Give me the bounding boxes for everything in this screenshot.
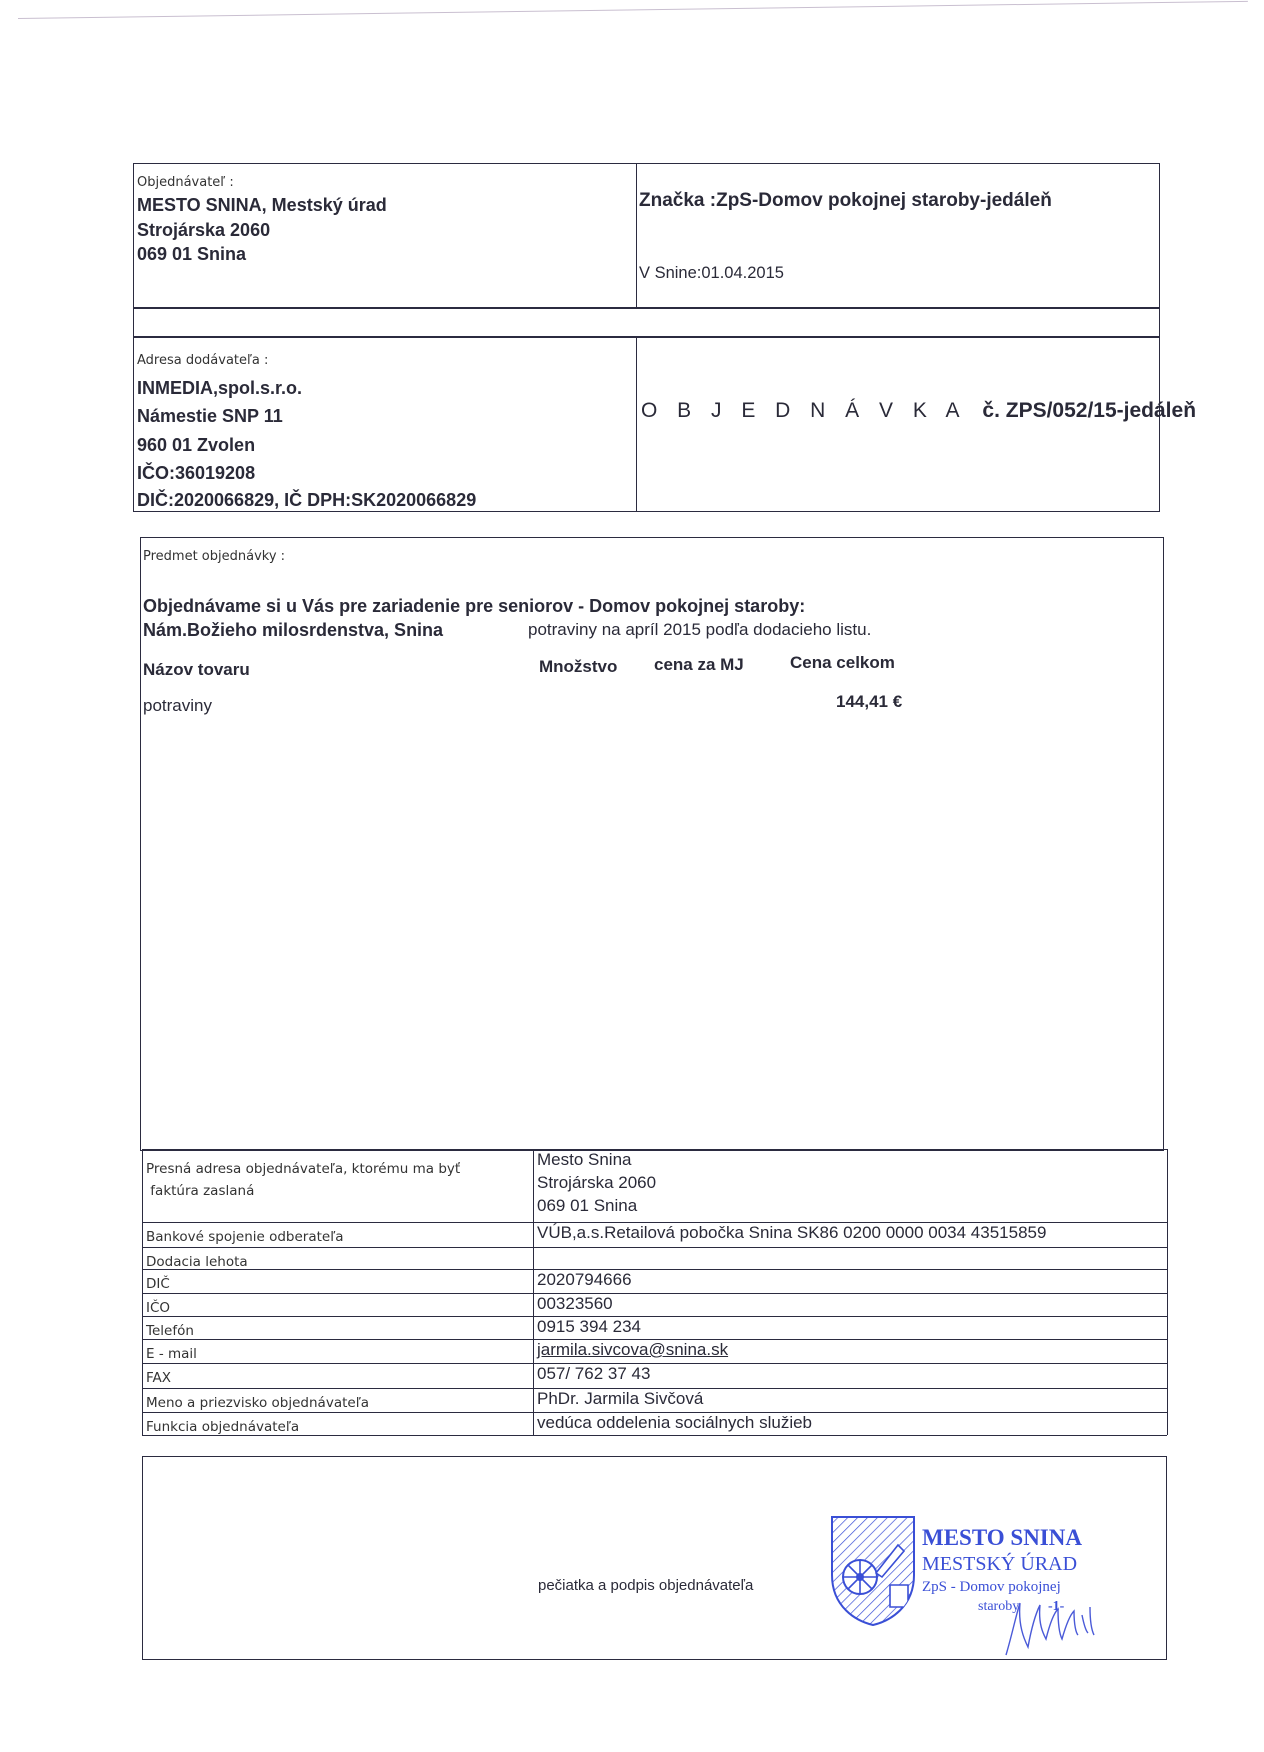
details-row-value: 2020794666 (537, 1270, 632, 1290)
details-column-divider (533, 1149, 534, 1435)
supplier-ico: IČO:36019208 (137, 463, 255, 484)
subject-line1: Objednávame si u Vás pre zariadenie pre … (143, 596, 805, 617)
item-name: potraviny (143, 696, 212, 716)
details-row-label: Meno a priezvisko objednávateľa (146, 1392, 369, 1414)
supplier-label: Adresa dodávateľa : (137, 353, 268, 368)
supplier-city: 960 01 Zvolen (137, 435, 255, 456)
details-row-label: Bankové spojenie odberateľa (146, 1226, 344, 1248)
details-row-value: PhDr. Jarmila Sivčová (537, 1389, 703, 1409)
stamp-line1: MESTO SNINA (922, 1525, 1082, 1551)
supplier-divider (636, 336, 637, 512)
details-row: Telefón0915 394 234 (142, 1316, 1167, 1339)
supplier-dic: DIČ:2020066829, IČ DPH:SK2020066829 (137, 490, 476, 511)
details-row-label: FAX (146, 1367, 171, 1389)
details-row-value: 057/ 762 37 43 (537, 1364, 650, 1384)
blank-band (133, 307, 1160, 338)
column-header-total: Cena celkom (790, 653, 895, 673)
header-divider (636, 163, 637, 309)
details-row: Funkcia objednávateľavedúca oddelenia so… (142, 1412, 1167, 1435)
orderer-label: Objednávateľ : (137, 175, 234, 190)
column-header-quantity: Množstvo (539, 657, 617, 677)
details-row: Bankové spojenie odberateľaVÚB,a.s.Retai… (142, 1222, 1167, 1247)
email-link[interactable]: jarmila.sivcova@snina.sk (537, 1340, 728, 1360)
orderer-box (133, 163, 1160, 309)
orderer-name: MESTO SNINA, Mestský úrad (137, 195, 387, 216)
official-stamp: MESTO SNINA MESTSKÝ ÚRAD ZpS - Domov pok… (830, 1515, 1120, 1655)
scan-artifact-line (18, 1, 1248, 19)
details-row: Meno a priezvisko objednávateľaPhDr. Jar… (142, 1388, 1167, 1412)
details-row-value: Mesto Snina (537, 1150, 632, 1170)
details-left-border (142, 1149, 143, 1435)
details-row-value: VÚB,a.s.Retailová pobočka Snina SK86 020… (537, 1223, 1046, 1243)
item-total: 144,41 € (836, 692, 902, 712)
order-number: č. ZPS/052/15-jedáleň (982, 399, 1196, 422)
coat-of-arms-icon (830, 1515, 916, 1627)
details-row-value: 069 01 Snina (537, 1196, 637, 1216)
details-row: FAX057/ 762 37 43 (142, 1363, 1167, 1388)
details-row-value: 00323560 (537, 1294, 613, 1314)
details-row-label: DIČ (146, 1273, 170, 1295)
supplier-box (133, 336, 1160, 512)
supplier-street: Námestie SNP 11 (137, 406, 283, 427)
order-title: O B J E D N Á V K A č. ZPS/052/15-jedále… (641, 399, 1196, 423)
details-row-label: Presná adresa objednávateľa, ktorému ma … (146, 1158, 460, 1202)
order-title-text: O B J E D N Á V K A (641, 399, 967, 422)
details-right-border (1167, 1149, 1168, 1435)
details-row-value: vedúca oddelenia sociálnych služieb (537, 1413, 812, 1433)
details-row-value: Strojárska 2060 (537, 1173, 656, 1193)
stamp-line3: ZpS - Domov pokojnej (922, 1579, 1061, 1596)
details-row: Presná adresa objednávateľa, ktorému ma … (142, 1149, 1167, 1222)
signature-label: pečiatka a podpis objednávateľa (538, 1577, 753, 1594)
handwritten-signature-icon (998, 1595, 1108, 1659)
details-row: E - mailjarmila.sivcova@snina.sk (142, 1339, 1167, 1363)
supplier-name: INMEDIA,spol.s.r.o. (137, 378, 302, 399)
stamp-line2: MESTSKÝ ÚRAD (922, 1553, 1077, 1576)
column-header-name: Názov tovaru (143, 660, 250, 680)
details-row-value: 0915 394 234 (537, 1317, 641, 1337)
reference-place-date: V Snine:01.04.2015 (639, 264, 784, 283)
details-row-border (142, 1435, 1167, 1436)
subject-label: Predmet objednávky : (143, 549, 285, 564)
subject-line2-address: Nám.Božieho milosrdenstva, Snina (143, 620, 443, 641)
orderer-street: Strojárska 2060 (137, 220, 270, 241)
orderer-city: 069 01 Snina (137, 244, 246, 265)
subject-line2-note: potraviny na apríl 2015 podľa dodacieho … (528, 620, 871, 640)
column-header-unit-price: cena za MJ (654, 655, 744, 675)
reference-mark: Značka :ZpS-Domov pokojnej staroby-jedál… (639, 190, 1052, 212)
details-row: Dodacia lehota (142, 1247, 1167, 1269)
details-row: DIČ2020794666 (142, 1269, 1167, 1293)
details-row: IČO00323560 (142, 1293, 1167, 1316)
details-row-label: E - mail (146, 1343, 197, 1365)
